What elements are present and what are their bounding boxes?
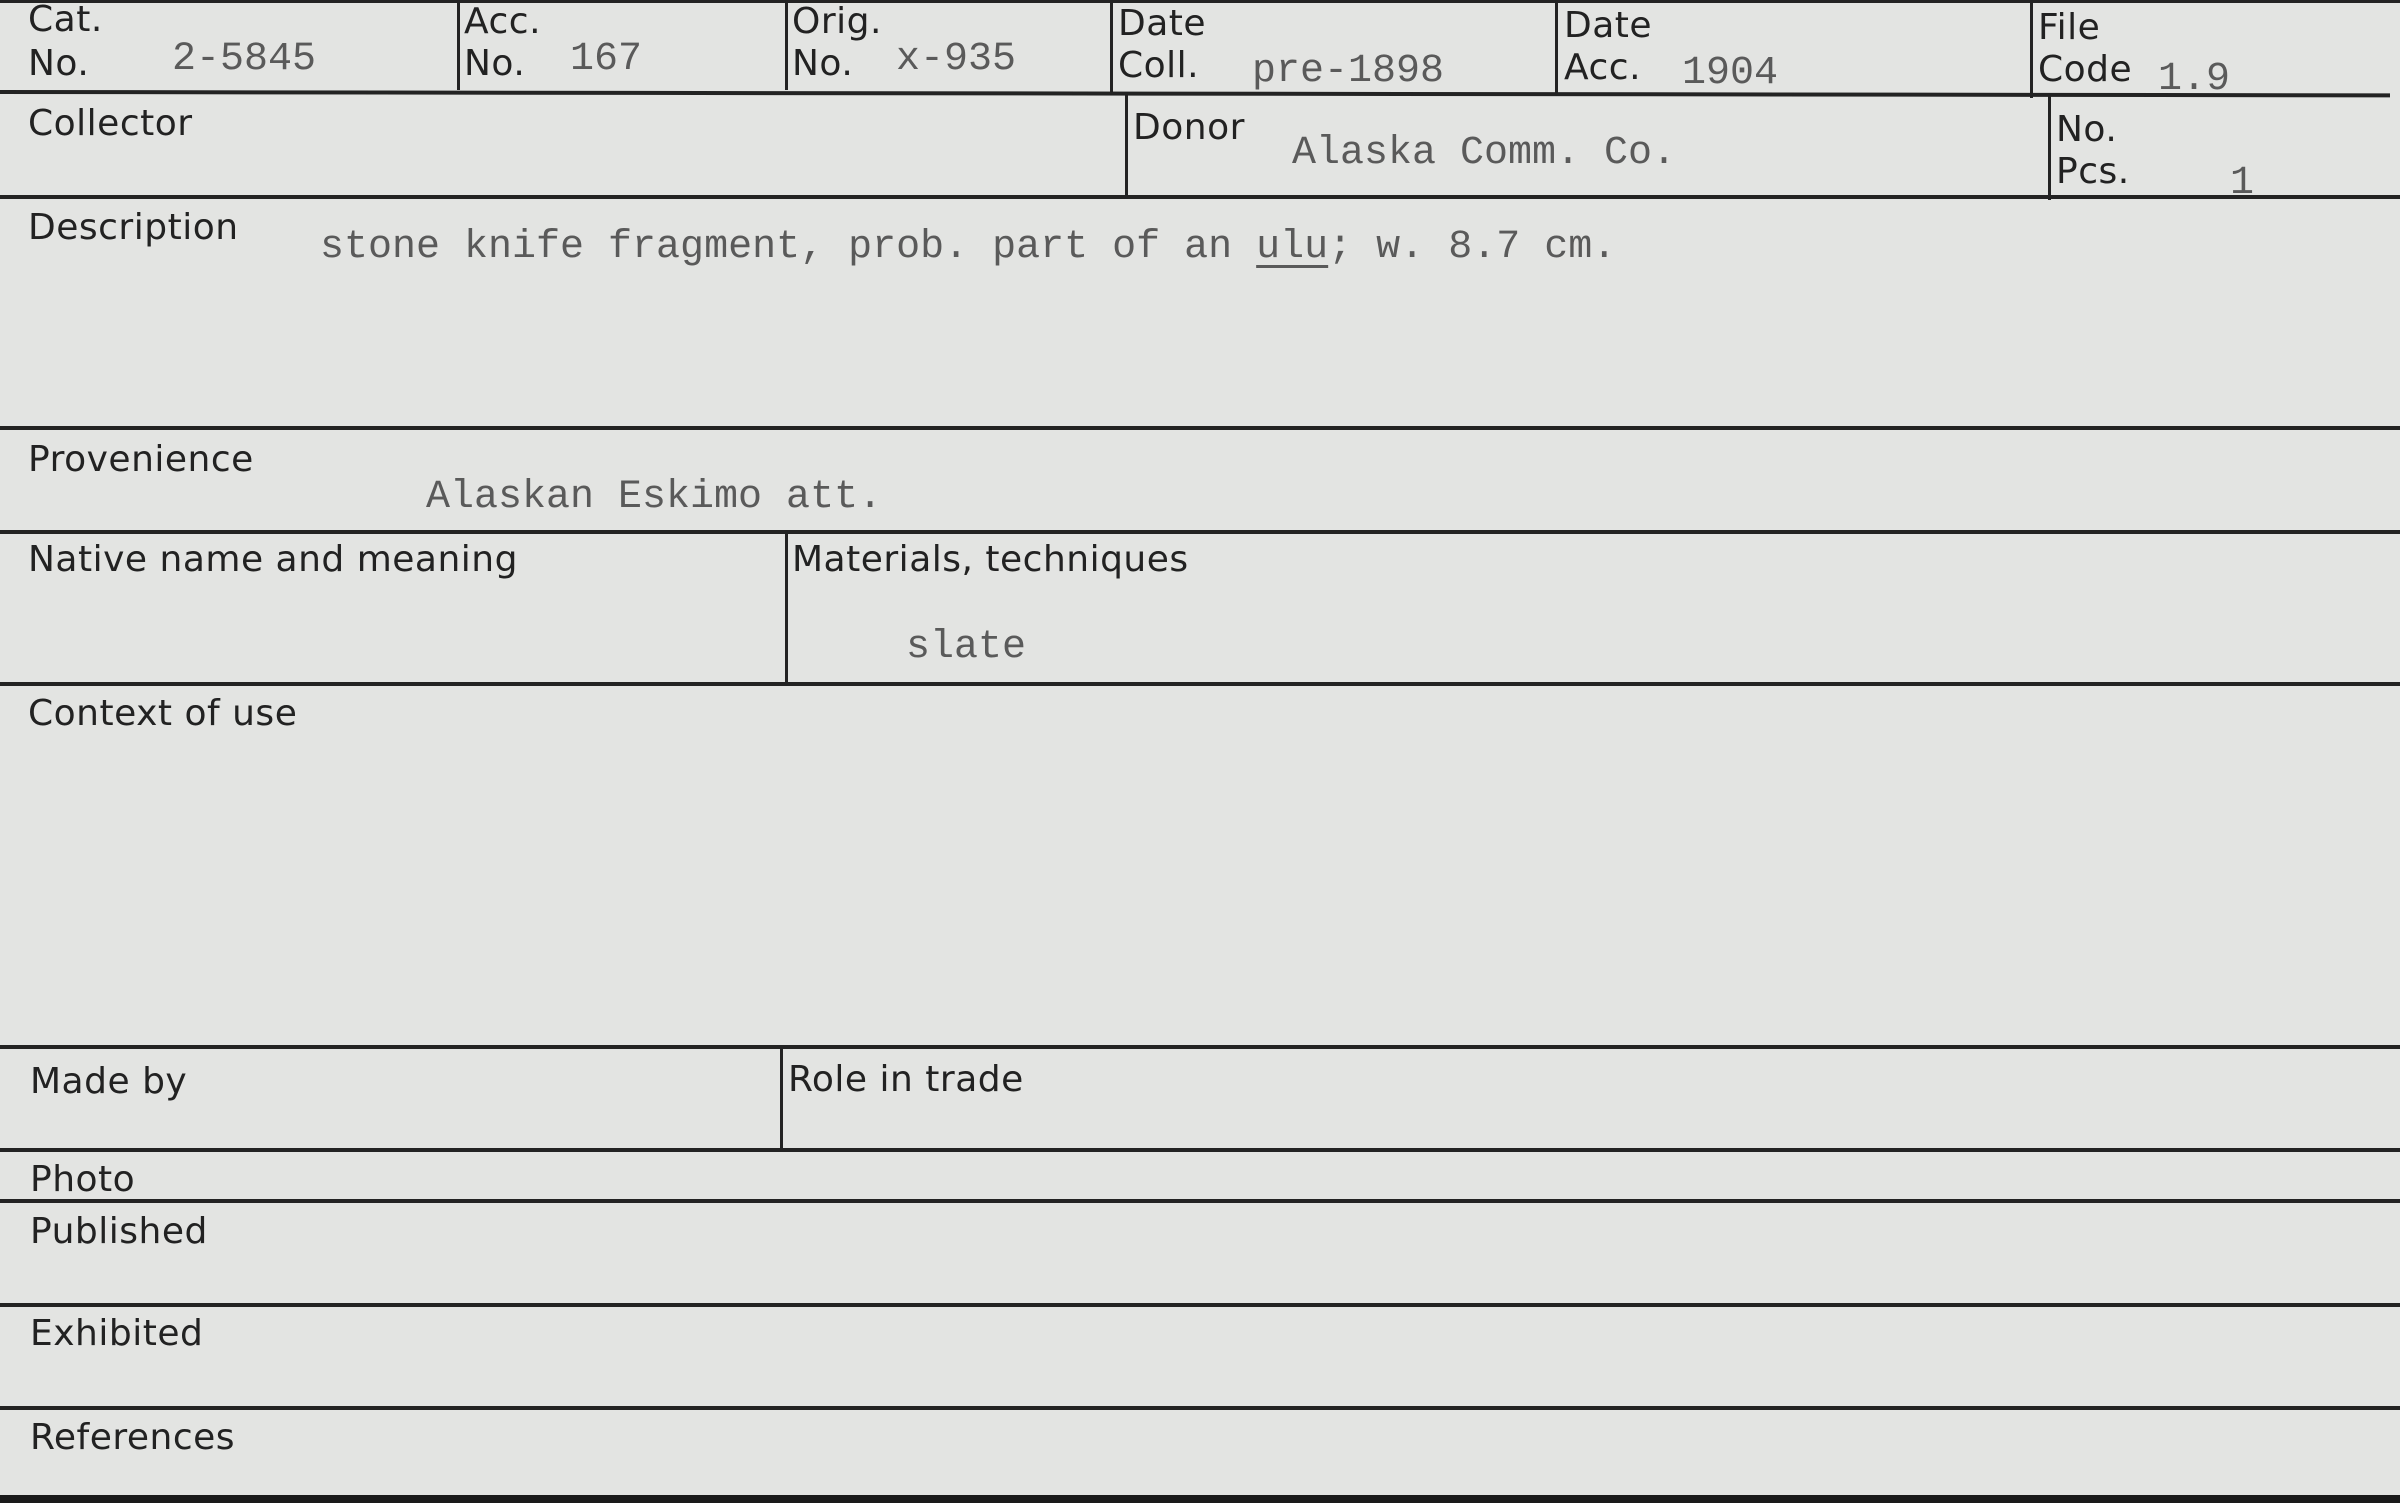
materials-label: Materials, techniques: [792, 540, 1189, 580]
references-label: References: [30, 1418, 235, 1458]
materials-value: slate: [906, 626, 1026, 670]
row-divider: [0, 195, 2400, 199]
file-code-label: Code: [2038, 50, 2132, 90]
donor-value: Alaska Comm. Co.: [1292, 132, 1676, 176]
provenience-value: Alaskan Eskimo att.: [426, 476, 882, 520]
no-label: No.: [2056, 110, 2117, 150]
acc-label: Acc.: [464, 2, 541, 42]
description-text: ; w. 8.7 cm.: [1328, 225, 1616, 270]
acc-no-label: No.: [464, 44, 525, 84]
row-divider: [0, 426, 2400, 430]
row-divider: [0, 1045, 2400, 1049]
cat-no-value: 2-5845: [172, 38, 316, 82]
orig-label: Orig.: [792, 2, 882, 42]
photo-label: Photo: [30, 1160, 135, 1200]
cat-no-label: No.: [28, 44, 89, 84]
date-label: Date: [1118, 4, 1206, 44]
provenience-label: Provenience: [28, 440, 254, 480]
donor-label: Donor: [1133, 108, 1245, 148]
divider: [1125, 92, 1128, 196]
context-of-use-label: Context of use: [28, 694, 297, 734]
catalog-card: Cat. No. 2-5845 Acc. No. 167 Orig. No. x…: [0, 0, 2400, 1495]
divider: [1110, 0, 1113, 92]
exhibited-label: Exhibited: [30, 1314, 203, 1354]
acc-no-value: 167: [570, 38, 642, 82]
published-label: Published: [30, 1212, 208, 1252]
divider: [785, 530, 788, 682]
row-divider: [0, 530, 2400, 534]
date-acc-label: Acc.: [1564, 48, 1641, 88]
row-divider: [0, 1199, 2400, 1203]
description-value: stone knife fragment, prob. part of an u…: [320, 226, 1616, 270]
divider: [457, 0, 460, 90]
row-divider: [0, 682, 2400, 686]
pcs-label: Pcs.: [2056, 152, 2130, 192]
orig-no-value: x-935: [896, 38, 1016, 82]
row-divider: [0, 1303, 2400, 1307]
file-label: File: [2038, 8, 2100, 48]
collector-label: Collector: [28, 104, 193, 144]
date-coll-value: pre-1898: [1252, 50, 1444, 94]
divider: [785, 0, 788, 90]
made-by-label: Made by: [30, 1062, 187, 1102]
divider: [2030, 0, 2033, 98]
role-in-trade-label: Role in trade: [788, 1060, 1024, 1100]
date-coll-label: Coll.: [1118, 46, 1199, 86]
divider: [780, 1045, 783, 1149]
description-label: Description: [28, 208, 239, 248]
divider: [2048, 96, 2051, 200]
orig-no-label: No.: [792, 44, 853, 84]
description-underlined-term: ulu: [1256, 225, 1328, 270]
no-pcs-value: 1: [2230, 162, 2254, 206]
native-name-label: Native name and meaning: [28, 540, 518, 580]
date-acc-value: 1904: [1682, 52, 1778, 96]
cat-label: Cat.: [28, 0, 103, 40]
date-label: Date: [1564, 6, 1652, 46]
row-divider: [0, 1148, 2400, 1152]
row-divider: [0, 1406, 2400, 1410]
divider: [1555, 0, 1558, 94]
description-text: stone knife fragment, prob. part of an: [320, 225, 1256, 270]
